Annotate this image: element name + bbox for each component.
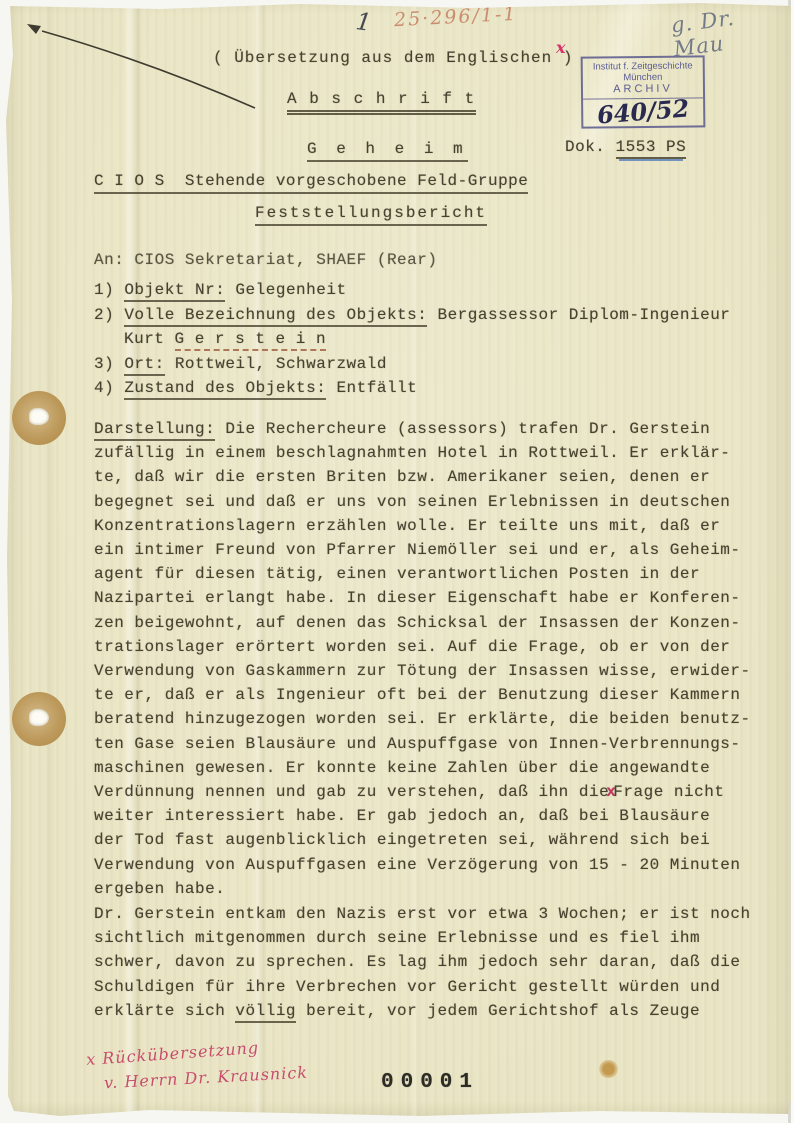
typewritten-line: Verdünnung nennen und gab zu verstehen, …	[94, 780, 778, 804]
typewritten-line: sichtlich mitgenommen durch seine Erlebn…	[94, 926, 778, 950]
dok-number: 1553 PS	[616, 138, 687, 159]
dok-reference: Dok. 1553 PS	[565, 138, 686, 156]
paper-crease	[44, 0, 56, 1123]
dok-label: Dok.	[565, 138, 616, 156]
document-page: 1 25·296/1-1 g. Dr. Mau ( Übersetzung au…	[0, 0, 794, 1123]
typewritten-line: Verwendung von Auspuffgasen eine Verzöge…	[94, 853, 778, 877]
typewritten-line: Dr. Gerstein entkam den Nazis erst vor e…	[94, 902, 778, 926]
handwritten-red-reference: 25·296/1-1	[394, 3, 518, 31]
list-item: 4) Zustand des Objekts: Entfällt	[94, 376, 770, 401]
recipient-line: An: CIOS Sekretariat, SHAEF (Rear)	[94, 251, 437, 269]
typewritten-line: zen beigewohnt, auf denen das Schicksal …	[94, 611, 778, 635]
paragraph-darstellung: Darstellung: Die Rechercheure (assessors…	[94, 417, 778, 901]
typewritten-line: Schuldigen für ihre Verbrechen vor Geric…	[94, 975, 778, 999]
typewritten-line: agent für diesen tätig, einen verantwort…	[94, 562, 778, 586]
typewritten-line: Verwendung von Gaskammern zur Tötung der…	[94, 659, 778, 683]
typewritten-line: ein intimer Freund von Pfarrer Niemöller…	[94, 538, 778, 562]
stamp-institute-line: Institut f. Zeitgeschichte	[583, 57, 703, 72]
hole-punch-bottom	[12, 692, 66, 746]
object-list: 1) Objekt Nr: Gelegenheit2) Volle Bezeic…	[94, 278, 770, 401]
stamp-shelfmark: 640/52	[582, 94, 704, 130]
typewritten-line: weiter interessiert habe. Er gab jedoch …	[94, 804, 778, 828]
paper-stain	[598, 1060, 619, 1078]
handwritten-pencil-signature: g. Dr. Mau	[670, 0, 794, 61]
page-number-stamp: 00001	[381, 1071, 479, 1094]
document-scan: { "page": { "number_stamp": "00001" }, "…	[0, 0, 794, 1123]
typewritten-line: beratend hinzugezogen worden sei. Er erk…	[94, 707, 778, 731]
list-item: 2) Volle Bezeichnung des Objekts: Bergas…	[94, 303, 770, 352]
handwritten-pencil-number: 1	[354, 7, 373, 37]
typewritten-line: zufällig in einem beschlagnahmten Hotel …	[94, 441, 778, 465]
typewritten-line: Nazipartei erlangt habe. In dieser Eigen…	[94, 586, 778, 610]
typewritten-line: ergeben habe.	[94, 877, 778, 901]
report-title: Feststellungsbericht	[255, 204, 487, 226]
translation-note: ( Übersetzung aus dem Englischen )	[213, 49, 573, 67]
list-item: 3) Ort: Rottweil, Schwarzwald	[94, 352, 770, 377]
typewritten-line: ten Gase seien Blausäure und Auspuffgase…	[94, 732, 778, 756]
annotation-arrow	[0, 0, 300, 140]
hole-punch-hole	[29, 709, 49, 726]
typewritten-line: erklärte sich völlig bereit, vor jedem G…	[94, 999, 778, 1023]
typewritten-line: Darstellung: Die Rechercheure (assessors…	[94, 417, 778, 441]
paragraph-gerstein: Dr. Gerstein entkam den Nazis erst vor e…	[94, 902, 778, 1023]
abschrift-heading: A b s c h r i f t	[287, 90, 476, 115]
footnote-red-line2: v. Herrn Dr. Krausnick	[104, 1063, 309, 1093]
typewritten-line: schwer, davon zu sprechen. Es lag ihm je…	[94, 950, 778, 974]
typewritten-line: maschinen gewesen. Er konnte keine Zahle…	[94, 756, 778, 780]
typewritten-line: trationslager erörtert worden sei. Auf d…	[94, 635, 778, 659]
red-x-annotation: x	[556, 38, 566, 57]
hole-punch-hole	[29, 408, 49, 425]
typewritten-line: der Tod fast augenblicklich eingetreten …	[94, 828, 778, 852]
archive-stamp: Institut f. Zeitgeschichte München ARCHI…	[581, 55, 706, 128]
typewritten-line: begegnet sei und daß er uns von seinen E…	[94, 490, 778, 514]
typewritten-line: Konzentrationslagern erzählen wolle. Er …	[94, 514, 778, 538]
list-item: 1) Objekt Nr: Gelegenheit	[94, 278, 770, 303]
geheim-heading: G e h e i m	[307, 140, 468, 162]
cios-heading: C I O S Stehende vorgeschobene Feld-Grup…	[94, 172, 528, 194]
typewritten-line: te er, daß er als Ingenieur oft bei der …	[94, 683, 778, 707]
typewritten-line: te, daß wir die ersten Briten bzw. Ameri…	[94, 465, 778, 489]
hole-punch-top	[12, 391, 66, 445]
footnote-red-line1: x Rückübersetzung	[86, 1038, 260, 1069]
